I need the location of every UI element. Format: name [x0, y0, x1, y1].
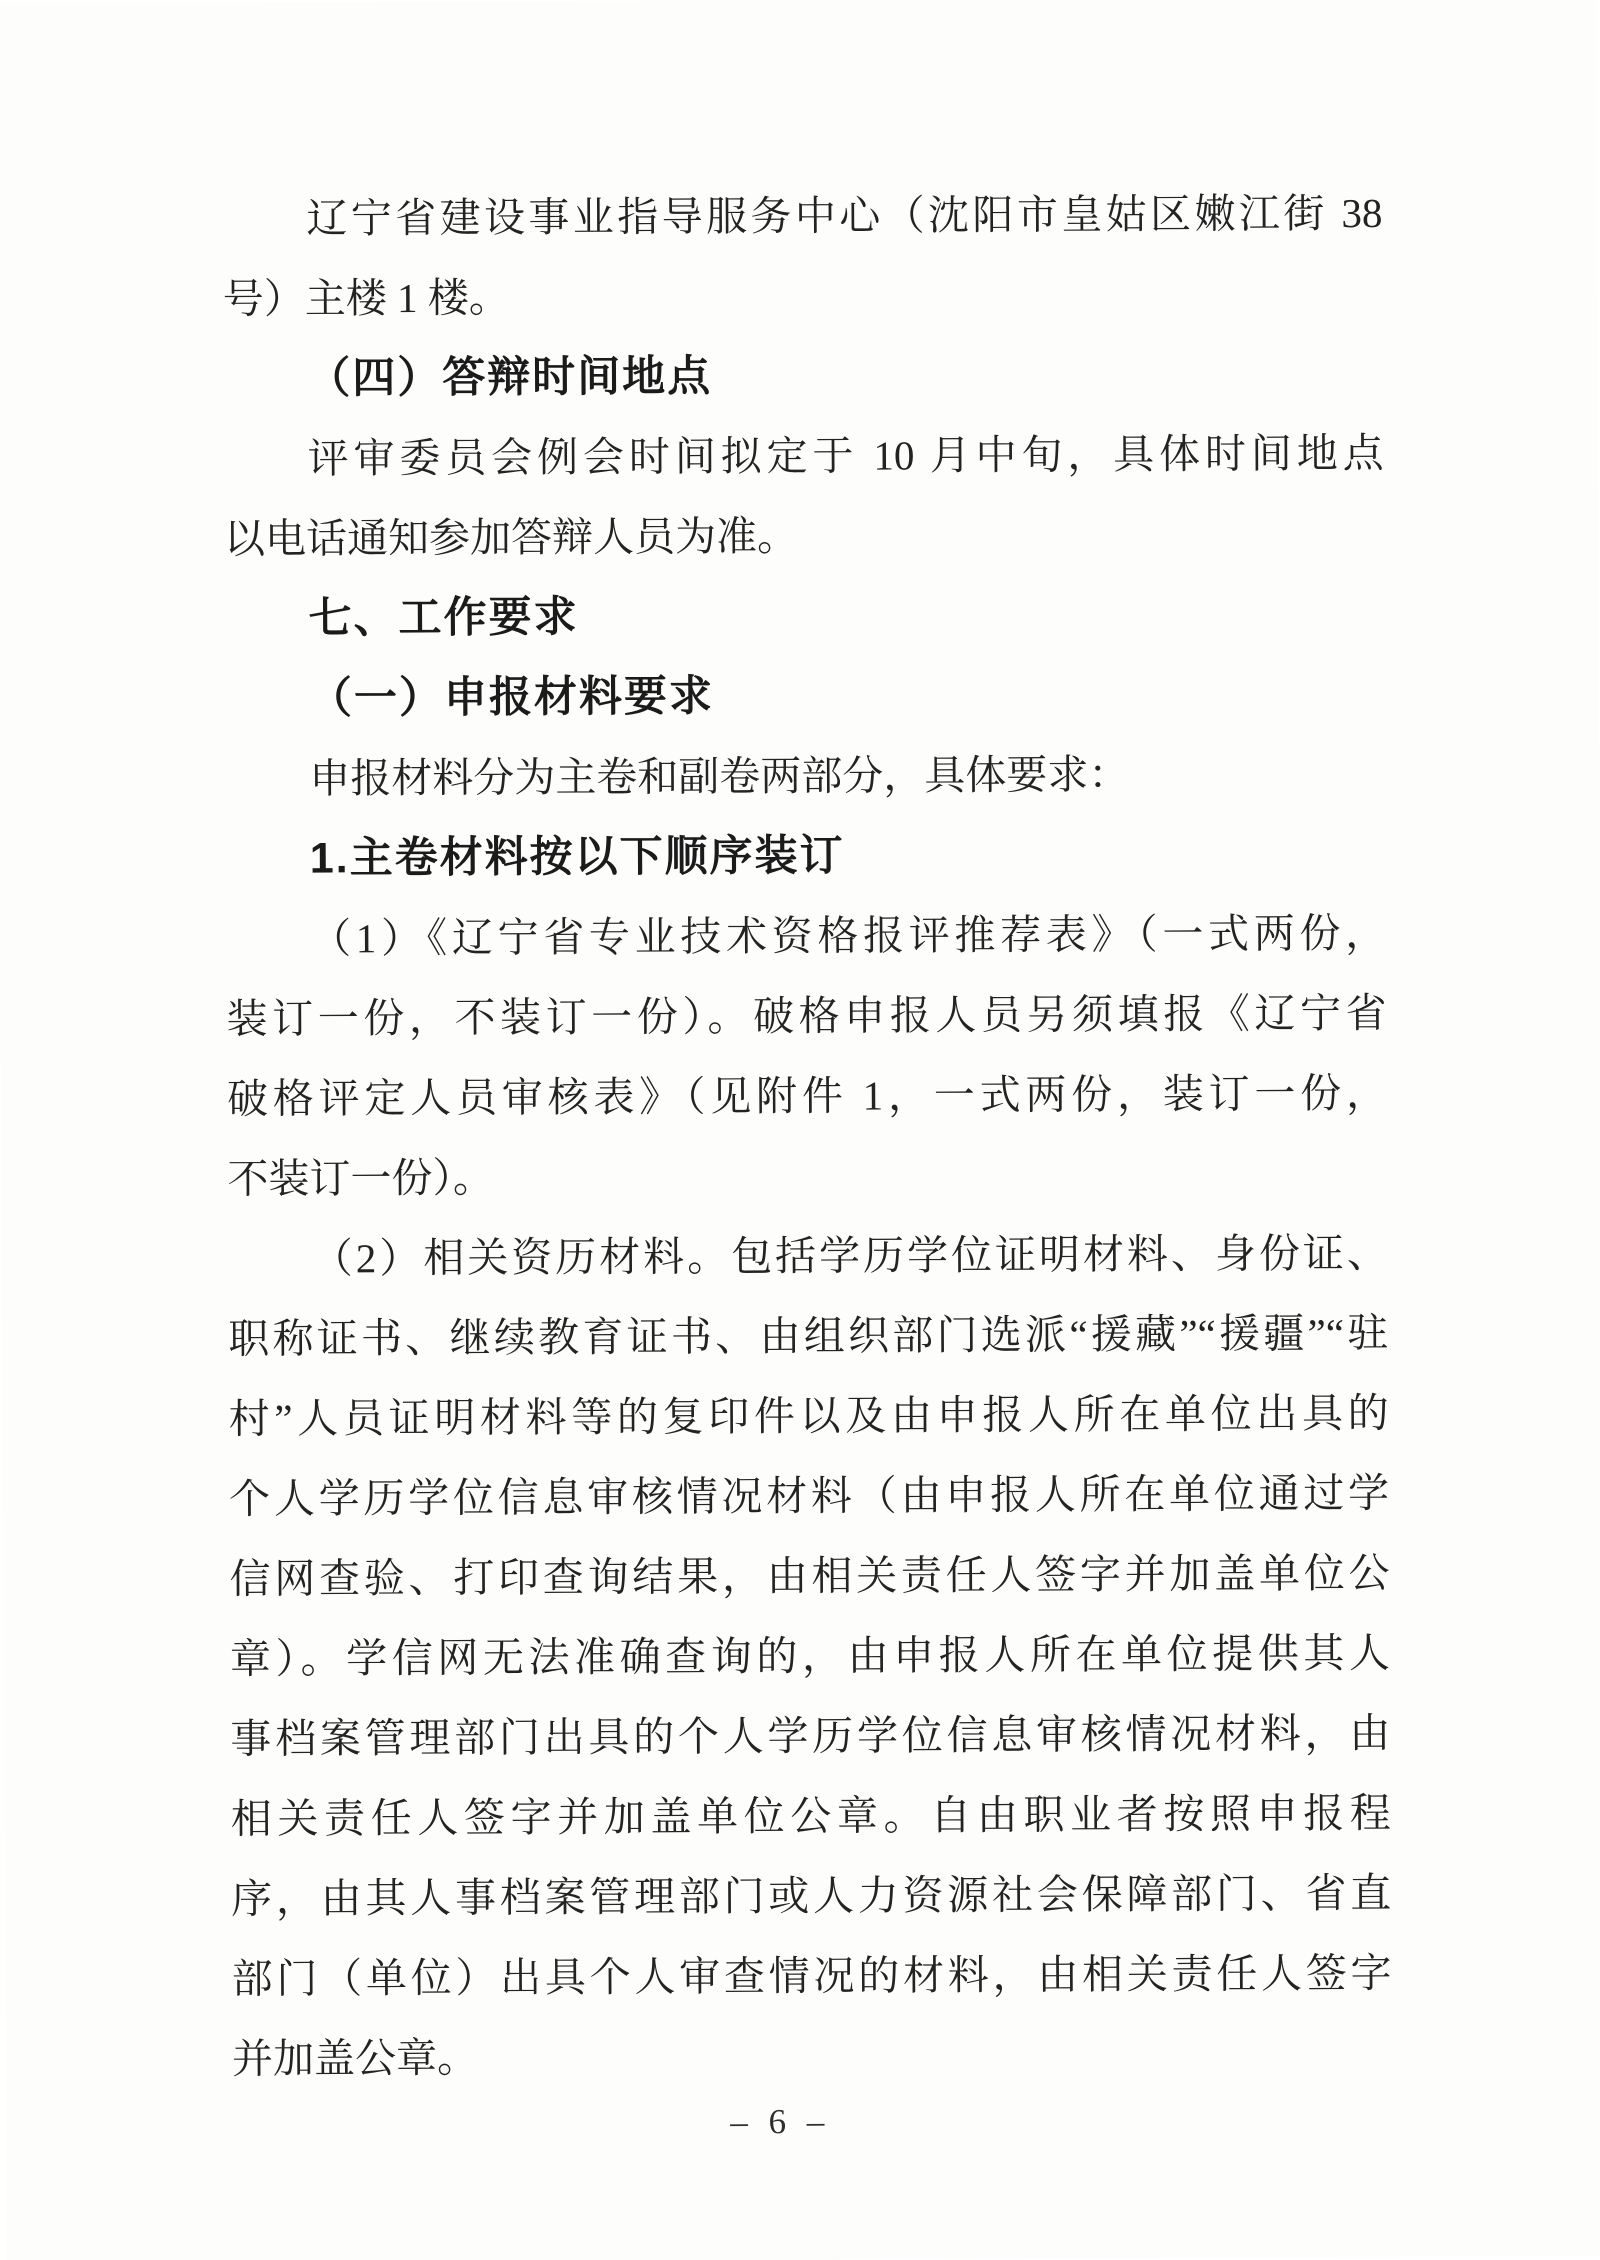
- body-text-line: 序，由其人事档案管理部门或人力资源社会保障部门、省直: [231, 1853, 1391, 1939]
- body-text-line: 并加盖公章。: [232, 2013, 1392, 2099]
- body-text-line: 申报材料分为主卷和副卷两部分，具体要求：: [225, 733, 1385, 819]
- body-text-line: 装订一份，不装订一份）。破格申报人员另须填报《辽宁省: [226, 973, 1386, 1059]
- body-text-line: 部门（单位）出具个人审查情况的材料，由相关责任人签字: [231, 1933, 1391, 2019]
- body-text-line: 个人学历学位信息审核情况材料（由申报人所在单位通过学: [229, 1453, 1389, 1539]
- body-text-line: 村”人员证明材料等的复印件以及由申报人所在单位出具的: [228, 1373, 1388, 1459]
- heading-line: 1.主卷材料按以下顺序装订: [226, 813, 1386, 899]
- body-text-line: 以电话通知参加答辩人员为准。: [224, 493, 1384, 579]
- body-text-line: 破格评定人员审核表》（见附件 1，一式两份，装订一份，: [227, 1053, 1387, 1139]
- body-text-line: 事档案管理部门出具的个人学历学位信息审核情况材料，由: [230, 1693, 1390, 1779]
- body-text-line: （1）《辽宁省专业技术资格报评推荐表》（一式两份，: [226, 893, 1386, 979]
- heading-line: 七、工作要求: [224, 573, 1384, 659]
- body-text-line: 相关责任人签字并加盖单位公章。自由职业者按照申报程: [231, 1773, 1391, 1859]
- body-text-line: 章）。学信网无法准确查询的，由申报人所在单位提供其人: [230, 1613, 1390, 1699]
- heading-line: （四）答辩时间地点: [223, 333, 1383, 419]
- heading-line: （一）申报材料要求: [225, 653, 1385, 739]
- document-page: 辽宁省建设事业指导服务中心（沈阳市皇姑区嫩江街 38号）主楼 1 楼。（四）答辩…: [0, 0, 1600, 2260]
- body-text-line: 信网查验、打印查询结果，由相关责任人签字并加盖单位公: [229, 1533, 1389, 1619]
- body-text-line: 评审委员会例会时间拟定于 10 月中旬，具体时间地点: [223, 413, 1383, 499]
- document-body: 辽宁省建设事业指导服务中心（沈阳市皇姑区嫩江街 38号）主楼 1 楼。（四）答辩…: [222, 173, 1392, 2099]
- body-text-line: 职称证书、继续教育证书、由组织部门选派“援藏”“援疆”“驻: [228, 1293, 1388, 1379]
- body-text-line: 辽宁省建设事业指导服务中心（沈阳市皇姑区嫩江街 38: [222, 173, 1382, 259]
- body-text-line: 号）主楼 1 楼。: [223, 253, 1383, 339]
- body-text-line: （2）相关资历材料。包括学历学位证明材料、身份证、: [228, 1213, 1388, 1299]
- body-text-line: 不装订一份）。: [227, 1133, 1387, 1219]
- page-number: – 6 –: [200, 2099, 1360, 2145]
